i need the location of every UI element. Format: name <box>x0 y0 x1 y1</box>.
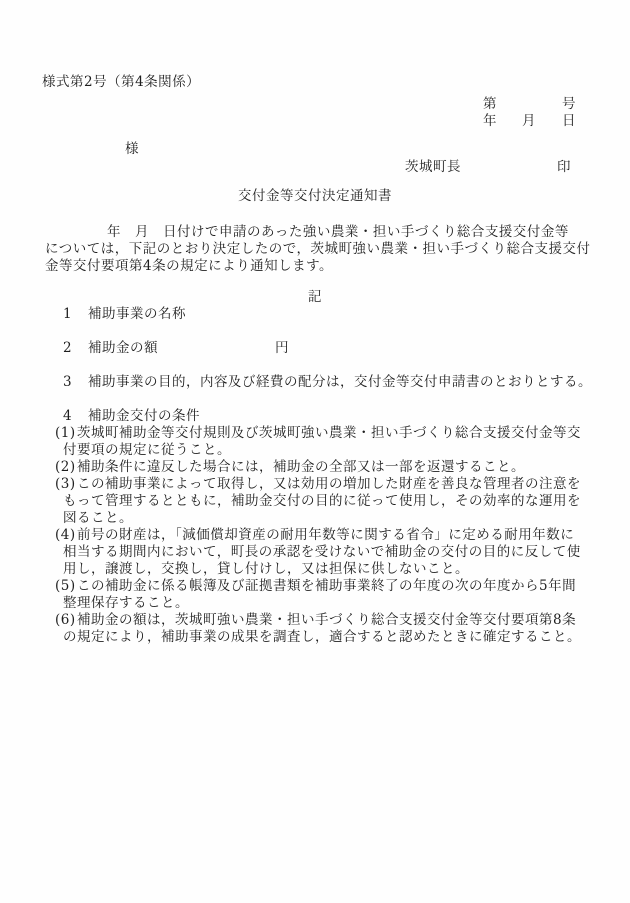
condition-3-line: もって管理するとともに，補助金交付の目的に従って使用し，その効率的な運用を <box>0 493 630 510</box>
month-label: 月 <box>522 113 536 129</box>
condition-4-line: 前号の財産は，「減価償却資産の耐用年数等に関する省令」に定める耐用年数に <box>77 527 574 543</box>
condition-4-line: 相当する期間内において，町長の承認を受けないで補助金の交付の目的に反して使 <box>0 544 630 561</box>
item-4: 4補助金交付の条件 <box>0 408 630 425</box>
notice-document-page: 様式第2号（第4条関係） 第号 年月日 様 茨城町長印 交付金等交付決定通知書 … <box>0 0 630 903</box>
condition-1-line: 付要項の規定に従うこと。 <box>0 442 630 459</box>
amount-blank <box>158 351 275 352</box>
condition-4-line: 用し，譲渡し，交換し，貸し付けし，又は担保に供しないこと。 <box>0 561 630 578</box>
record-marker: 記 <box>0 289 630 306</box>
item-4-number: 4 <box>63 408 88 425</box>
condition-6-line: 補助金の額は，茨城町強い農業・担い手づくり総合支援交付金等交付要項第8条 <box>77 612 576 628</box>
condition-1: (1)茨城町補助金等交付規則及び茨城町強い農業・担い手づくり総合支援交付金等交 … <box>0 425 630 459</box>
addressee-suffix: 様 <box>125 141 139 158</box>
condition-6-number: (6) <box>55 612 77 629</box>
condition-1-number: (1) <box>55 425 77 442</box>
condition-2-number: (2) <box>55 459 77 476</box>
item-1: 1補助事業の名称 <box>0 306 630 323</box>
day-label: 日 <box>562 113 576 129</box>
year-label: 年 <box>483 113 497 129</box>
year-blank <box>497 124 522 125</box>
doc-number-blank <box>497 107 562 108</box>
item-3-number: 3 <box>63 374 88 391</box>
document-title: 交付金等交付決定通知書 <box>0 188 630 205</box>
condition-6: (6)補助金の額は，茨城町強い農業・担い手づくり総合支援交付金等交付要項第8条 … <box>0 612 630 646</box>
condition-2-line: 補助条件に違反した場合には，補助金の全部又は一部を返還すること。 <box>77 459 525 475</box>
condition-2: (2)補助条件に違反した場合には，補助金の全部又は一部を返還すること。 <box>0 459 630 476</box>
condition-3-line: この補助事業によって取得し，又は効用の増加した財産を善良な管理者の注意を <box>77 476 581 492</box>
body-line: 年 月 日付けで申請のあった強い農業・担い手づくり総合支援交付金等 <box>0 224 630 241</box>
condition-3-number: (3) <box>55 476 77 493</box>
condition-4: (4)前号の財産は，「減価償却資産の耐用年数等に関する省令」に定める耐用年数に … <box>0 527 630 578</box>
document-body: 年 月 日付けで申請のあった強い農業・担い手づくり総合支援交付金等 については，… <box>0 224 630 646</box>
item-4-label: 補助金交付の条件 <box>88 408 200 424</box>
condition-5-line: この補助金に係る帳簿及び証拠書類を補助事業終了の年度の次の年度から5年間 <box>77 578 576 594</box>
body-line: については，下記のとおり決定したので，茨城町強い農業・担い手づくり総合支援交付 <box>0 241 630 258</box>
issuer-name: 茨城町長 <box>405 159 461 175</box>
item-1-label: 補助事業の名称 <box>88 306 186 322</box>
condition-3-line: 図ること。 <box>0 510 630 527</box>
condition-6-line: の規定により，補助事業の成果を調査し，適合すると認めたときに確定すること。 <box>0 629 630 646</box>
item-1-number: 1 <box>63 306 88 323</box>
condition-5-number: (5) <box>55 578 77 595</box>
item-2-number: 2 <box>63 340 88 357</box>
conditions-list: (1)茨城町補助金等交付規則及び茨城町強い農業・担い手づくり総合支援交付金等交 … <box>0 425 630 646</box>
doc-number-suffix: 号 <box>562 96 576 112</box>
condition-4-number: (4) <box>55 527 77 544</box>
item-2-label: 補助金の額 <box>88 340 158 356</box>
condition-5-line: 整理保存すること。 <box>0 595 630 612</box>
issuer-line: 茨城町長印 <box>405 159 571 176</box>
form-number: 様式第2号（第4条関係） <box>42 74 200 91</box>
yen-unit-label: 円 <box>275 340 289 356</box>
condition-1-line: 茨城町補助金等交付規則及び茨城町強い農業・担い手づくり総合支援交付金等交 <box>77 425 581 441</box>
item-3-label: 補助事業の目的，内容及び経費の配分は，交付金等交付申請書のとおりとする。 <box>88 374 592 390</box>
seal-label: 印 <box>557 159 571 175</box>
seal-blank <box>461 170 557 171</box>
condition-5: (5)この補助金に係る帳簿及び証拠書類を補助事業終了の年度の次の年度から5年間 … <box>0 578 630 612</box>
item-3: 3補助事業の目的，内容及び経費の配分は，交付金等交付申請書のとおりとする。 <box>0 374 630 391</box>
condition-3: (3)この補助事業によって取得し，又は効用の増加した財産を善良な管理者の注意を … <box>0 476 630 527</box>
doc-number-prefix: 第 <box>483 96 497 112</box>
month-blank <box>536 124 562 125</box>
body-line: 金等交付要項第4条の規定により通知します。 <box>0 258 630 275</box>
date-line: 年月日 <box>483 113 576 130</box>
item-2: 2補助金の額円 <box>0 340 630 357</box>
doc-number-line: 第号 <box>483 96 576 113</box>
